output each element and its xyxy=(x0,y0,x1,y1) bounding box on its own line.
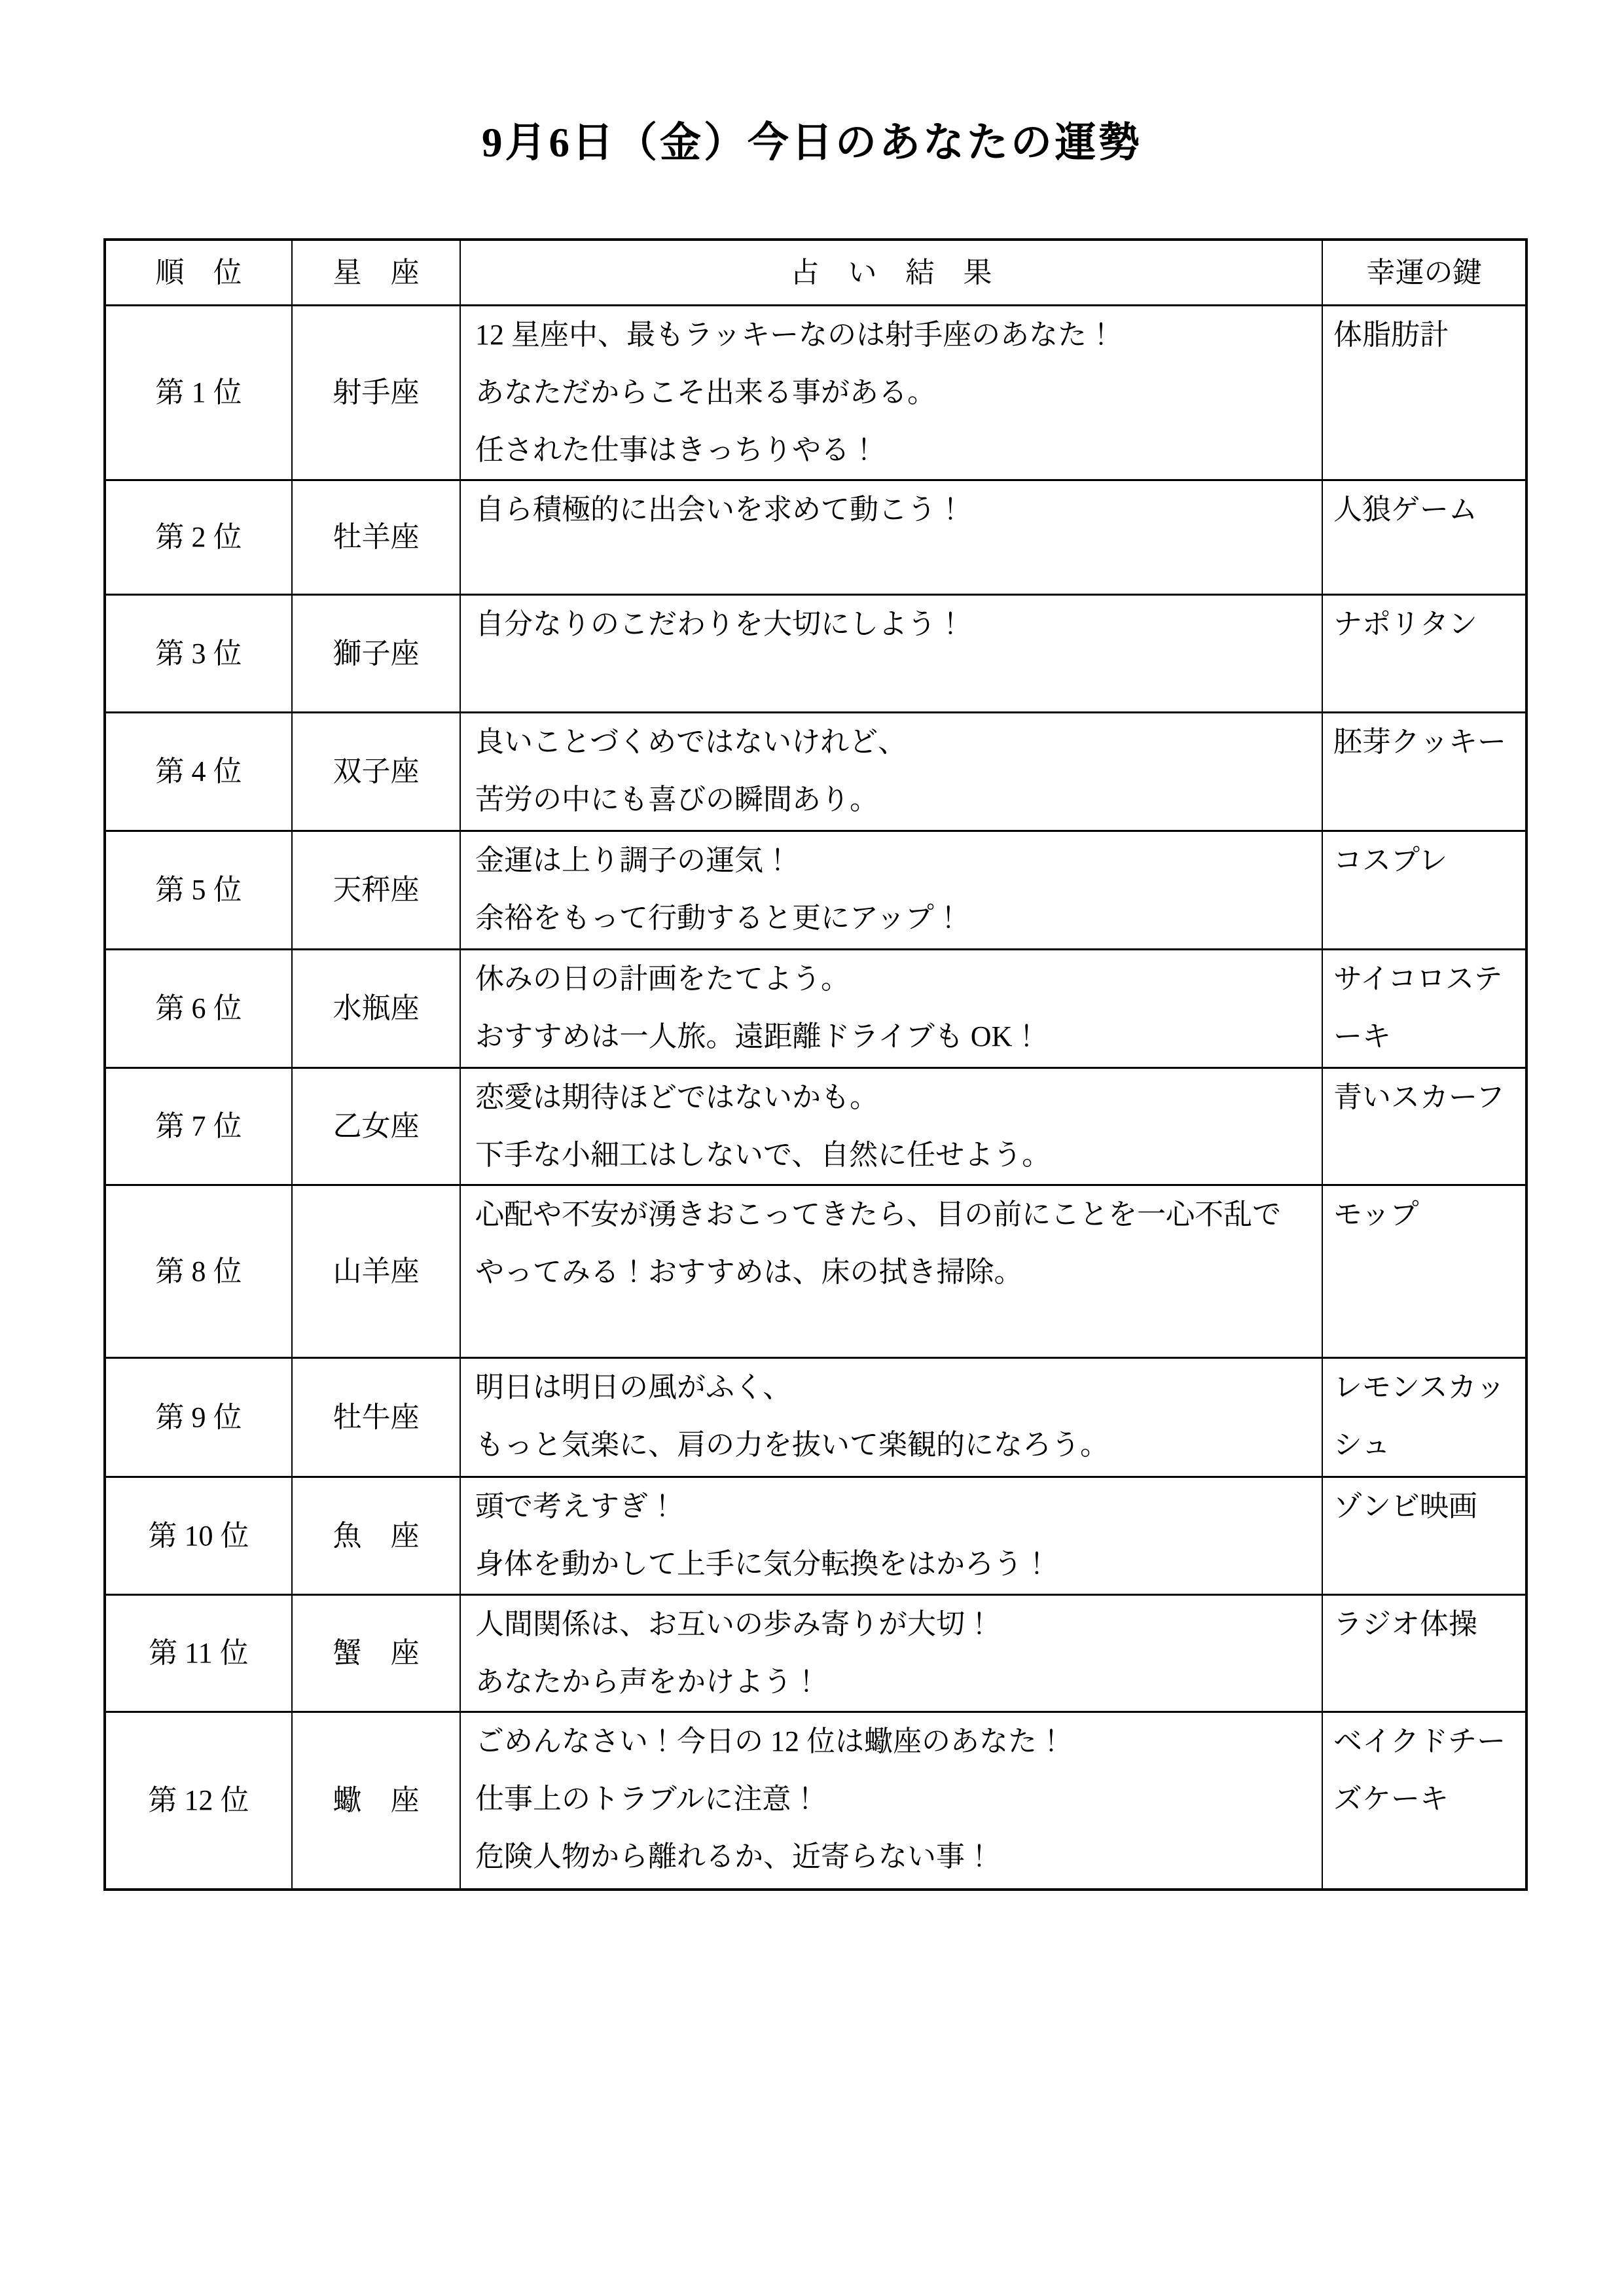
result-line: あなただからこそ出来る事がある。 xyxy=(475,364,1295,422)
rank-cell: 第 10 位 xyxy=(105,1477,292,1594)
result-cell: 人間関係は、お互いの歩み寄りが大切！ あなたから声をかけよう！ xyxy=(460,1594,1322,1712)
result-line: 自ら積極的に出会いを求めて動こう！ xyxy=(475,481,1295,539)
result-line: 休みの日の計画をたてよう。 xyxy=(475,950,1295,1008)
result-line: おすすめは一人旅。遠距離ドライブも OK！ xyxy=(475,1008,1295,1066)
sign-cell: 獅子座 xyxy=(292,594,460,712)
lucky-key-cell: ベイクドチーズケーキ xyxy=(1322,1712,1526,1890)
rank-cell: 第 4 位 xyxy=(105,712,292,831)
rank-cell: 第 11 位 xyxy=(105,1594,292,1712)
sign-cell: 蠍 座 xyxy=(292,1712,460,1890)
sign-cell: 乙女座 xyxy=(292,1067,460,1185)
table-row: 第 2 位 牡羊座 自ら積極的に出会いを求めて動こう！ 人狼ゲーム xyxy=(105,480,1526,594)
table-row: 第 11 位 蟹 座 人間関係は、お互いの歩み寄りが大切！ あなたから声をかけよ… xyxy=(105,1594,1526,1712)
rank-cell: 第 9 位 xyxy=(105,1357,292,1477)
fortune-table: 順 位 星 座 占 い 結 果 幸運の鍵 第 1 位 射手座 12 星座中、最も… xyxy=(103,238,1528,1891)
result-line: 心配や不安が湧きおこってきたら、目の前にことを一心不乱で xyxy=(475,1186,1295,1244)
table-row: 第 8 位 山羊座 心配や不安が湧きおこってきたら、目の前にことを一心不乱で や… xyxy=(105,1185,1526,1357)
lucky-key-cell: サイコロステーキ xyxy=(1322,949,1526,1067)
sign-cell: 双子座 xyxy=(292,712,460,831)
result-line: ごめんなさい！今日の 12 位は蠍座のあなた！ xyxy=(475,1713,1295,1770)
result-cell: 頭で考えすぎ！ 身体を動かして上手に気分転換をはかろう！ xyxy=(460,1477,1322,1594)
result-line: 金運は上り調子の運気！ xyxy=(475,832,1295,889)
lucky-key-cell: モップ xyxy=(1322,1185,1526,1357)
table-row: 第 6 位 水瓶座 休みの日の計画をたてよう。 おすすめは一人旅。遠距離ドライブ… xyxy=(105,949,1526,1067)
result-line: もっと気楽に、肩の力を抜いて楽観的になろう。 xyxy=(475,1416,1295,1474)
result-cell: 心配や不安が湧きおこってきたら、目の前にことを一心不乱で やってみる！おすすめは… xyxy=(460,1185,1322,1357)
column-header-rank: 順 位 xyxy=(105,240,292,305)
result-line: 恋愛は期待ほどではないかも。 xyxy=(475,1069,1295,1126)
result-cell: 明日は明日の風がふく、 もっと気楽に、肩の力を抜いて楽観的になろう。 xyxy=(460,1357,1322,1477)
sign-cell: 水瓶座 xyxy=(292,949,460,1067)
lucky-key-cell: ラジオ体操 xyxy=(1322,1594,1526,1712)
result-line: 12 星座中、最もラッキーなのは射手座のあなた！ xyxy=(475,306,1295,364)
rank-cell: 第 8 位 xyxy=(105,1185,292,1357)
result-line: 苦労の中にも喜びの瞬間あり。 xyxy=(475,771,1295,829)
result-line: 仕事上のトラブルに注意！ xyxy=(475,1770,1295,1828)
result-line: 明日は明日の風がふく、 xyxy=(475,1359,1295,1416)
column-header-sign: 星 座 xyxy=(292,240,460,305)
lucky-key-cell: レモンスカッシュ xyxy=(1322,1357,1526,1477)
lucky-key-cell: ナポリタン xyxy=(1322,594,1526,712)
table-row: 第 12 位 蠍 座 ごめんなさい！今日の 12 位は蠍座のあなた！ 仕事上のト… xyxy=(105,1712,1526,1890)
table-row: 第 1 位 射手座 12 星座中、最もラッキーなのは射手座のあなた！ あなただか… xyxy=(105,305,1526,480)
result-cell: 休みの日の計画をたてよう。 おすすめは一人旅。遠距離ドライブも OK！ xyxy=(460,949,1322,1067)
table-row: 第 10 位 魚 座 頭で考えすぎ！ 身体を動かして上手に気分転換をはかろう！ … xyxy=(105,1477,1526,1594)
result-cell: 良いことづくめではないけれど、 苦労の中にも喜びの瞬間あり。 xyxy=(460,712,1322,831)
rank-cell: 第 7 位 xyxy=(105,1067,292,1185)
rank-cell: 第 2 位 xyxy=(105,480,292,594)
column-header-lucky-key: 幸運の鍵 xyxy=(1322,240,1526,305)
sign-cell: 天秤座 xyxy=(292,831,460,949)
result-line: あなたから声をかけよう！ xyxy=(475,1653,1295,1711)
result-cell: ごめんなさい！今日の 12 位は蠍座のあなた！ 仕事上のトラブルに注意！ 危険人… xyxy=(460,1712,1322,1890)
result-line: 自分なりのこだわりを大切にしよう！ xyxy=(475,596,1295,653)
rank-cell: 第 1 位 xyxy=(105,305,292,480)
page-title: 9月6日（金）今日のあなたの運勢 xyxy=(0,0,1624,166)
rank-cell: 第 3 位 xyxy=(105,594,292,712)
result-cell: 12 星座中、最もラッキーなのは射手座のあなた！ あなただからこそ出来る事がある… xyxy=(460,305,1322,480)
rank-cell: 第 6 位 xyxy=(105,949,292,1067)
result-line: 人間関係は、お互いの歩み寄りが大切！ xyxy=(475,1596,1295,1653)
sign-cell: 魚 座 xyxy=(292,1477,460,1594)
lucky-key-cell: 青いスカーフ xyxy=(1322,1067,1526,1185)
result-cell: 自分なりのこだわりを大切にしよう！ xyxy=(460,594,1322,712)
rank-cell: 第 12 位 xyxy=(105,1712,292,1890)
lucky-key-cell: 体脂肪計 xyxy=(1322,305,1526,480)
lucky-key-cell: コスプレ xyxy=(1322,831,1526,949)
lucky-key-cell: ゾンビ映画 xyxy=(1322,1477,1526,1594)
column-header-result: 占 い 結 果 xyxy=(460,240,1322,305)
result-line: 頭で考えすぎ！ xyxy=(475,1478,1295,1535)
result-line: 危険人物から離れるか、近寄らない事！ xyxy=(475,1828,1295,1886)
table-row: 第 5 位 天秤座 金運は上り調子の運気！ 余裕をもって行動すると更にアップ！ … xyxy=(105,831,1526,949)
result-line: 任された仕事はきっちりやる！ xyxy=(475,422,1295,479)
lucky-key-cell: 人狼ゲーム xyxy=(1322,480,1526,594)
sign-cell: 牡牛座 xyxy=(292,1357,460,1477)
result-line: やってみる！おすすめは、床の拭き掃除。 xyxy=(475,1244,1295,1301)
result-line: 下手な小細工はしないで、自然に任せよう。 xyxy=(475,1126,1295,1184)
result-cell: 自ら積極的に出会いを求めて動こう！ xyxy=(460,480,1322,594)
sign-cell: 山羊座 xyxy=(292,1185,460,1357)
rank-cell: 第 5 位 xyxy=(105,831,292,949)
result-line: 余裕をもって行動すると更にアップ！ xyxy=(475,889,1295,947)
table-row: 第 9 位 牡牛座 明日は明日の風がふく、 もっと気楽に、肩の力を抜いて楽観的に… xyxy=(105,1357,1526,1477)
table-row: 第 7 位 乙女座 恋愛は期待ほどではないかも。 下手な小細工はしないで、自然に… xyxy=(105,1067,1526,1185)
result-line: 良いことづくめではないけれど、 xyxy=(475,713,1295,771)
result-cell: 恋愛は期待ほどではないかも。 下手な小細工はしないで、自然に任せよう。 xyxy=(460,1067,1322,1185)
sign-cell: 牡羊座 xyxy=(292,480,460,594)
document-page: 9月6日（金）今日のあなたの運勢 順 位 星 座 占 い 結 果 幸運の鍵 第 … xyxy=(0,0,1624,2296)
result-line: 身体を動かして上手に気分転換をはかろう！ xyxy=(475,1535,1295,1593)
header-row: 順 位 星 座 占 い 結 果 幸運の鍵 xyxy=(105,240,1526,305)
result-cell: 金運は上り調子の運気！ 余裕をもって行動すると更にアップ！ xyxy=(460,831,1322,949)
lucky-key-cell: 胚芽クッキー xyxy=(1322,712,1526,831)
sign-cell: 蟹 座 xyxy=(292,1594,460,1712)
table-row: 第 4 位 双子座 良いことづくめではないけれど、 苦労の中にも喜びの瞬間あり。… xyxy=(105,712,1526,831)
sign-cell: 射手座 xyxy=(292,305,460,480)
table-row: 第 3 位 獅子座 自分なりのこだわりを大切にしよう！ ナポリタン xyxy=(105,594,1526,712)
